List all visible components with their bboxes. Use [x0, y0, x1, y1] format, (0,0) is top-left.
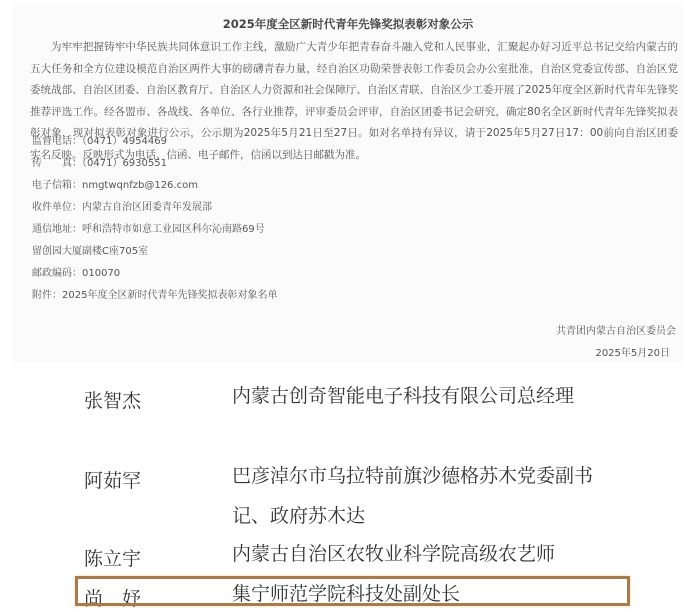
honoree-role: 巴彦淖尔市乌拉特前旗沙德格苏木党委副书记、政府苏木达: [232, 456, 612, 536]
recipient-unit: 收件单位：内蒙古自治区团委青年发展部: [32, 198, 212, 213]
honoree-name: 陈立宇: [84, 544, 141, 571]
email: 电子信箱：nmgtwqnfzb@126.com: [32, 176, 198, 191]
supervision-phone: 监督电话：（0471）4954469: [32, 132, 167, 147]
signature-date: 2025年5月20日: [595, 344, 670, 359]
mailing-address-line2: 留创园大厦副楼C座705室: [32, 242, 148, 257]
postal-code: 邮政编码：010070: [32, 264, 120, 279]
honoree-name: 张智杰: [84, 386, 141, 413]
fax: 传 真：（0471）6930551: [32, 154, 167, 169]
notice-title: 2025年度全区新时代青年先锋奖拟表彰对象公示: [12, 16, 684, 32]
mailing-address: 通信地址：呼和浩特市如意工业园区科尔沁南路69号: [32, 220, 265, 235]
honoree-role: 内蒙古自治区农牧业科学院高级农艺师: [232, 534, 612, 574]
highlight-box: [75, 576, 630, 606]
honoree-name: 阿茹罕: [84, 466, 141, 493]
signature-org: 共青团内蒙古自治区委员会: [556, 322, 676, 337]
honoree-role: 内蒙古创奇智能电子科技有限公司总经理: [232, 376, 612, 416]
public-notice: 2025年度全区新时代青年先锋奖拟表彰对象公示 为牢牢把握铸牢中华民族共同体意识…: [12, 4, 684, 362]
attachment: 附件：2025年度全区新时代青年先锋奖拟表彰对象名单: [32, 286, 277, 301]
